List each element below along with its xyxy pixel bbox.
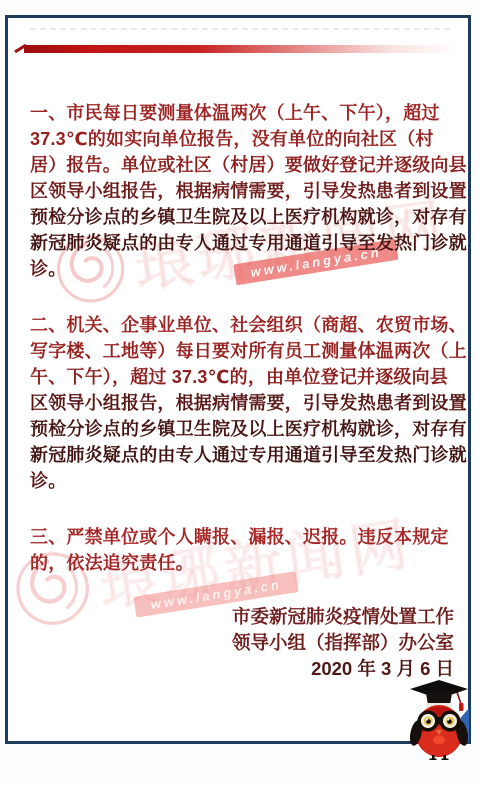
text-line: 预检分诊点的乡镇卫生院及以上医疗机构就诊，对存有 <box>30 204 456 230</box>
text-line: 午、下午），超过 37.3℃的，由单位登记并逐级向县 <box>30 364 456 390</box>
text-line: 诊。 <box>30 468 456 494</box>
text-line: 区领导小组报告，根据病情需要，引导发热患者到设置 <box>30 390 456 416</box>
text-line: 新冠肺炎疑点的由专人通过专用通道引导至发热门诊就 <box>30 442 456 468</box>
owl-mascot-icon <box>406 680 472 760</box>
dashed-guide-line <box>30 28 450 30</box>
signature-line: 市委新冠肺炎疫情处置工作 <box>154 604 454 630</box>
text-line: 新冠肺炎疑点的由专人通过专用通道引导至发热门诊就 <box>30 230 456 256</box>
text-line: 一、市民每日要测量体温两次（上午、下午），超过 <box>30 100 456 126</box>
text-line: 37.3℃的如实向单位报告，没有单位的向社区（村 <box>30 126 456 152</box>
paragraph: 一、市民每日要测量体温两次（上午、下午），超过37.3℃的如实向单位报告，没有单… <box>30 100 456 282</box>
paragraph: 三、严禁单位或个人瞒报、漏报、迟报。违反本规定的，依法追究责任。 <box>30 524 456 576</box>
text-line: 三、严禁单位或个人瞒报、漏报、迟报。违反本规定 <box>30 524 456 550</box>
signature-line: 2020 年 3 月 6 日 <box>154 656 454 682</box>
red-ribbon <box>24 45 458 53</box>
notice-image: 琅琊新闻网 www.langya.cn 琅琊新闻网 www.langya.cn … <box>0 0 480 786</box>
paragraph: 二、机关、企事业单位、社会组织（商超、农贸市场、写字楼、工地等）每日要对所有员工… <box>30 312 456 494</box>
signature-line: 领导小组（指挥部）办公室 <box>154 630 454 656</box>
text-line: 区领导小组报告，根据病情需要，引导发热患者到设置 <box>30 178 456 204</box>
text-line: 居）报告。单位或社区（村居）要做好登记并逐级向县 <box>30 152 456 178</box>
text-line: 诊。 <box>30 256 456 282</box>
signature-block: 市委新冠肺炎疫情处置工作领导小组（指挥部）办公室2020 年 3 月 6 日 <box>154 604 454 682</box>
text-line: 预检分诊点的乡镇卫生院及以上医疗机构就诊，对存有 <box>30 416 456 442</box>
text-line: 写字楼、工地等）每日要对所有员工测量体温两次（上 <box>30 338 456 364</box>
notice-body: 一、市民每日要测量体温两次（上午、下午），超过37.3℃的如实向单位报告，没有单… <box>30 100 456 606</box>
text-line: 的，依法追究责任。 <box>30 550 456 576</box>
text-line: 二、机关、企事业单位、社会组织（商超、农贸市场、 <box>30 312 456 338</box>
